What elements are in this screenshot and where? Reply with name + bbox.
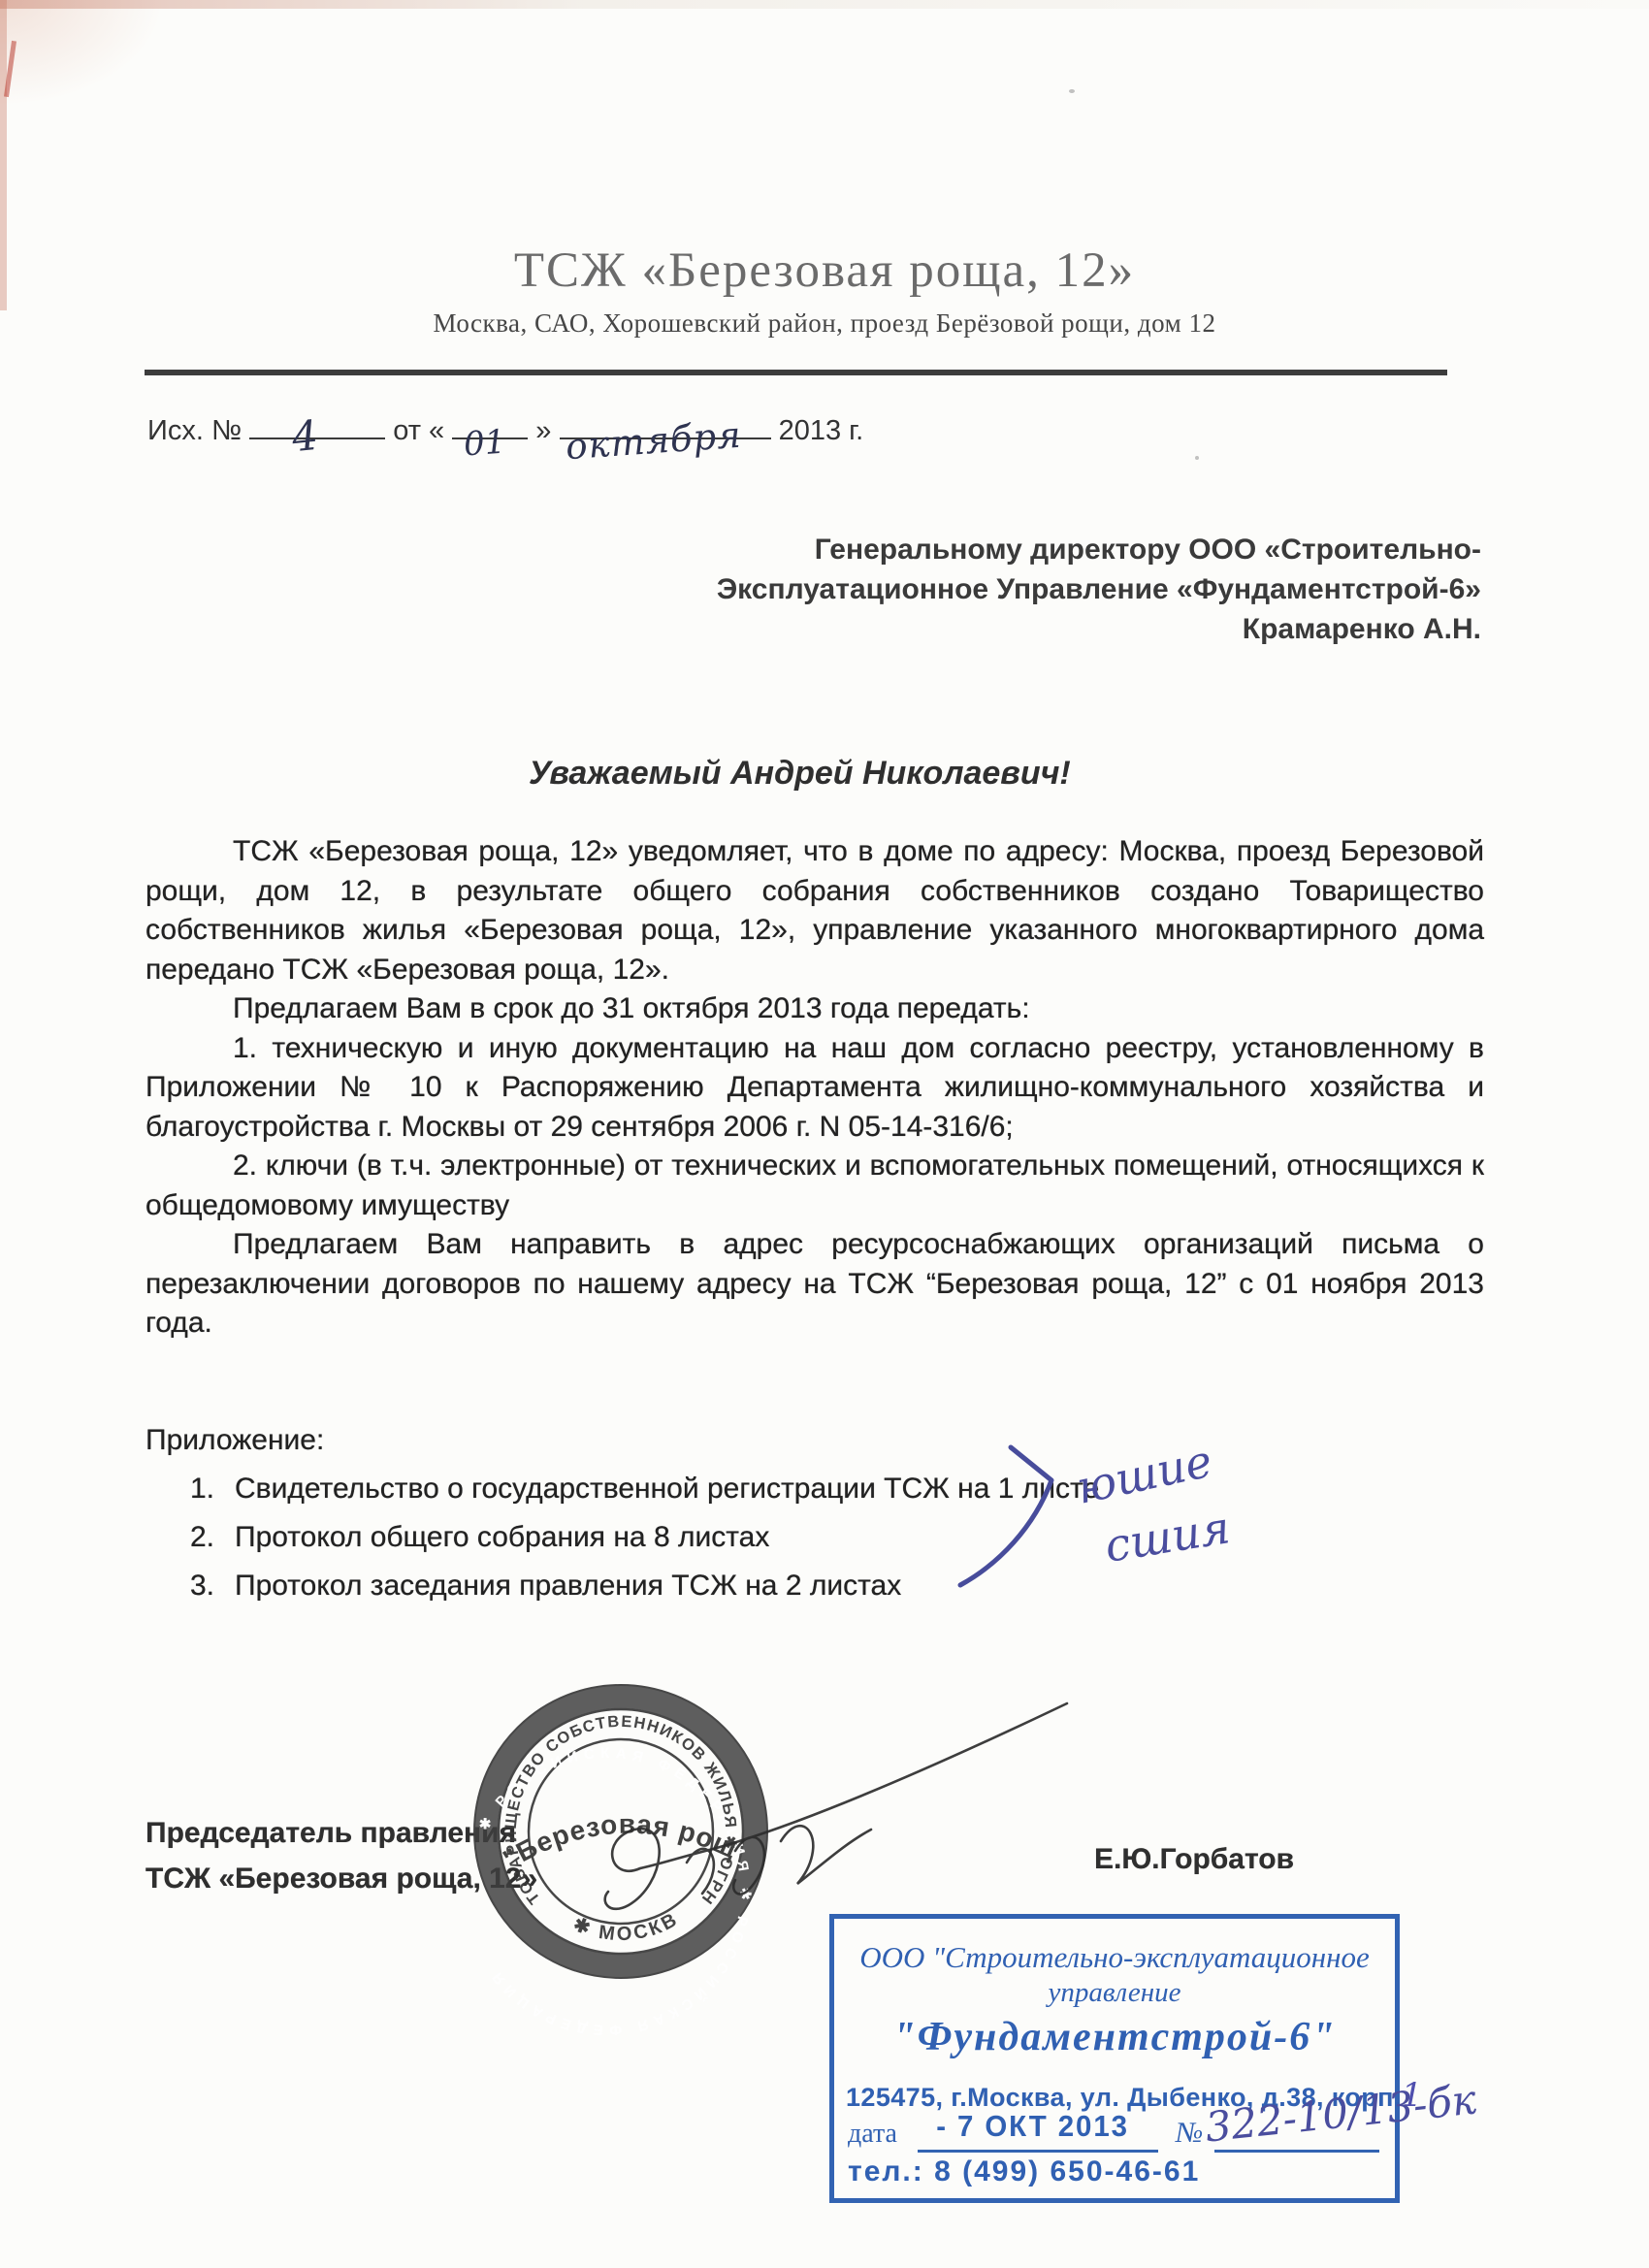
body-paragraph: 1. техническую и иную документацию на на… <box>145 1029 1484 1148</box>
attachment-number: 1. <box>190 1473 235 1506</box>
handwritten-day: 01 <box>463 423 507 465</box>
handwritten-note-word: юшие <box>1072 1435 1216 1514</box>
scan-artifact <box>1195 456 1199 460</box>
addressee-line: Крамаренко А.Н. <box>717 609 1481 649</box>
scanned-letter-page: ТСЖ «Березовая роща, 12» Москва, САО, Хо… <box>0 0 1649 2268</box>
stamp-number-label: № <box>1176 2117 1203 2150</box>
signature-path <box>605 1703 1067 1909</box>
handwritten-note-word: сшия <box>1101 1501 1233 1572</box>
body-paragraph: Предлагаем Вам в срок до 31 октября 2013… <box>145 989 1484 1029</box>
ref-year-label: 2013 г. <box>779 415 864 446</box>
body-paragraph: Предлагаем Вам направить в адрес ресурсо… <box>145 1225 1484 1344</box>
handwritten-arrow-icon <box>960 1447 1051 1585</box>
stamp-date-underline <box>918 2150 1158 2153</box>
handwritten-month: октября <box>564 414 742 469</box>
letter-body: ТСЖ «Березовая роща, 12» уведомляет, что… <box>145 832 1484 1344</box>
letterhead-org-name: ТСЖ «Березовая роща, 12» <box>0 243 1649 299</box>
stamp-org-line: управление <box>834 1977 1395 2009</box>
scan-artifact <box>0 0 165 107</box>
body-paragraph: 2. ключи (в т.ч. электронные) от техниче… <box>145 1147 1484 1225</box>
attachment-text: Протокол общего собрания на 8 листах <box>235 1521 769 1554</box>
stamp-number-underline <box>1214 2150 1379 2153</box>
addressee-line: Генеральному директору ООО «Строительно- <box>717 530 1481 569</box>
stamp-org-line: ООО "Строительно-эксплуатационное <box>834 1940 1395 1975</box>
ref-day-blank: 01 <box>452 437 528 439</box>
handwritten-margin-note: юшие сшия <box>951 1434 1300 1618</box>
attachment-number: 3. <box>190 1570 235 1603</box>
ref-month-blank: октября <box>560 437 771 439</box>
letterhead-divider <box>145 370 1447 375</box>
scan-artifact <box>1069 89 1075 93</box>
ref-number-blank: 4 <box>249 437 385 439</box>
stamp-phone: тел.: 8 (499) 650-46-61 <box>848 2155 1200 2188</box>
addressee-line: Эксплуатационное Управление «Фундаментст… <box>717 569 1481 609</box>
attachment-number: 2. <box>190 1521 235 1554</box>
ref-from-label: от « <box>393 415 444 446</box>
stamp-org-name: "Фундаментстрой-6" <box>834 2014 1395 2060</box>
letterhead-address: Москва, САО, Хорошевский район, проезд Б… <box>0 308 1649 339</box>
body-paragraph: ТСЖ «Березовая роща, 12» уведомляет, что… <box>145 832 1484 989</box>
incoming-stamp: ООО "Строительно-эксплуатационное управл… <box>829 1914 1400 2203</box>
handwritten-ref-number: 4 <box>290 411 321 462</box>
ref-quote-close: » <box>535 415 551 446</box>
scan-artifact <box>0 0 1649 9</box>
addressee-block: Генеральному директору ООО «Строительно-… <box>717 530 1481 649</box>
stamp-date-label: дата <box>848 2119 897 2150</box>
signature-stroke <box>485 1639 1125 1940</box>
salutation: Уважаемый Андрей Николаевич! <box>529 755 1071 793</box>
stamp-date-value: - 7 ОКТ 2013 <box>936 2109 1129 2144</box>
reference-line: Исх. № 4 от « 01 » октября 2013 г. <box>147 415 863 447</box>
ref-number-label: Исх. № <box>147 415 242 446</box>
